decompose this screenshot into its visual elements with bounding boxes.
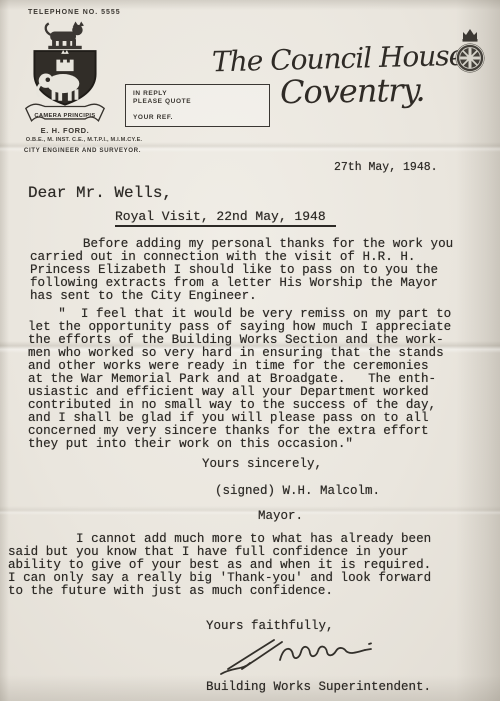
reply-box-your-ref: YOUR REF. [133, 114, 269, 122]
reply-box-line-2: PLEASE QUOTE [133, 98, 269, 106]
telephone-number: TELEPHONE NO. 5555 [28, 9, 121, 16]
paragraph-intro: Before adding my personal thanks for the… [30, 238, 453, 303]
reply-box-line-1: IN REPLY [133, 90, 269, 98]
officer-qualifications: O.B.E., M. INST. C.E., M.T.P.I., M.I.M.C… [0, 137, 168, 143]
signed-line: (signed) W.H. Malcolm. [215, 484, 380, 498]
coventry-crest-icon: CAMERA PRINCIPIS [22, 20, 108, 128]
closing-sincerely: Yours sincerely, [202, 457, 322, 471]
sender-role: Building Works Superintendent. [206, 680, 431, 694]
letter-date: 27th May, 1948. [334, 161, 438, 174]
officer-name: E. H. FORD. [20, 126, 110, 135]
fold-crease [0, 506, 500, 515]
crest-motto: CAMERA PRINCIPIS [34, 113, 95, 119]
signature-scrawl [218, 633, 376, 679]
crown-icon [463, 29, 477, 39]
salutation: Dear Mr. Wells, [28, 184, 172, 202]
paragraph-mayor-quote: " I feel that it would be very remiss on… [28, 308, 451, 451]
royal-emblem-icon [451, 27, 489, 77]
subject-line: Royal Visit, 22nd May, 1948 [115, 209, 336, 227]
mayor-title: Mayor. [258, 509, 303, 523]
scan-shading-right [456, 0, 500, 701]
paragraph-final: I cannot add much more to what has alrea… [8, 533, 431, 598]
scanned-letter: TELEPHONE NO. 5555 CAMERA PRI [0, 0, 500, 701]
officer-title: CITY ENGINEER AND SURVEYOR. [10, 147, 155, 154]
cat-statant-icon [46, 22, 83, 48]
address-line-2: Coventry. [280, 71, 425, 112]
closing-faithfully: Yours faithfully, [206, 619, 334, 633]
reply-reference-box: IN REPLY PLEASE QUOTE YOUR REF. [125, 84, 270, 127]
